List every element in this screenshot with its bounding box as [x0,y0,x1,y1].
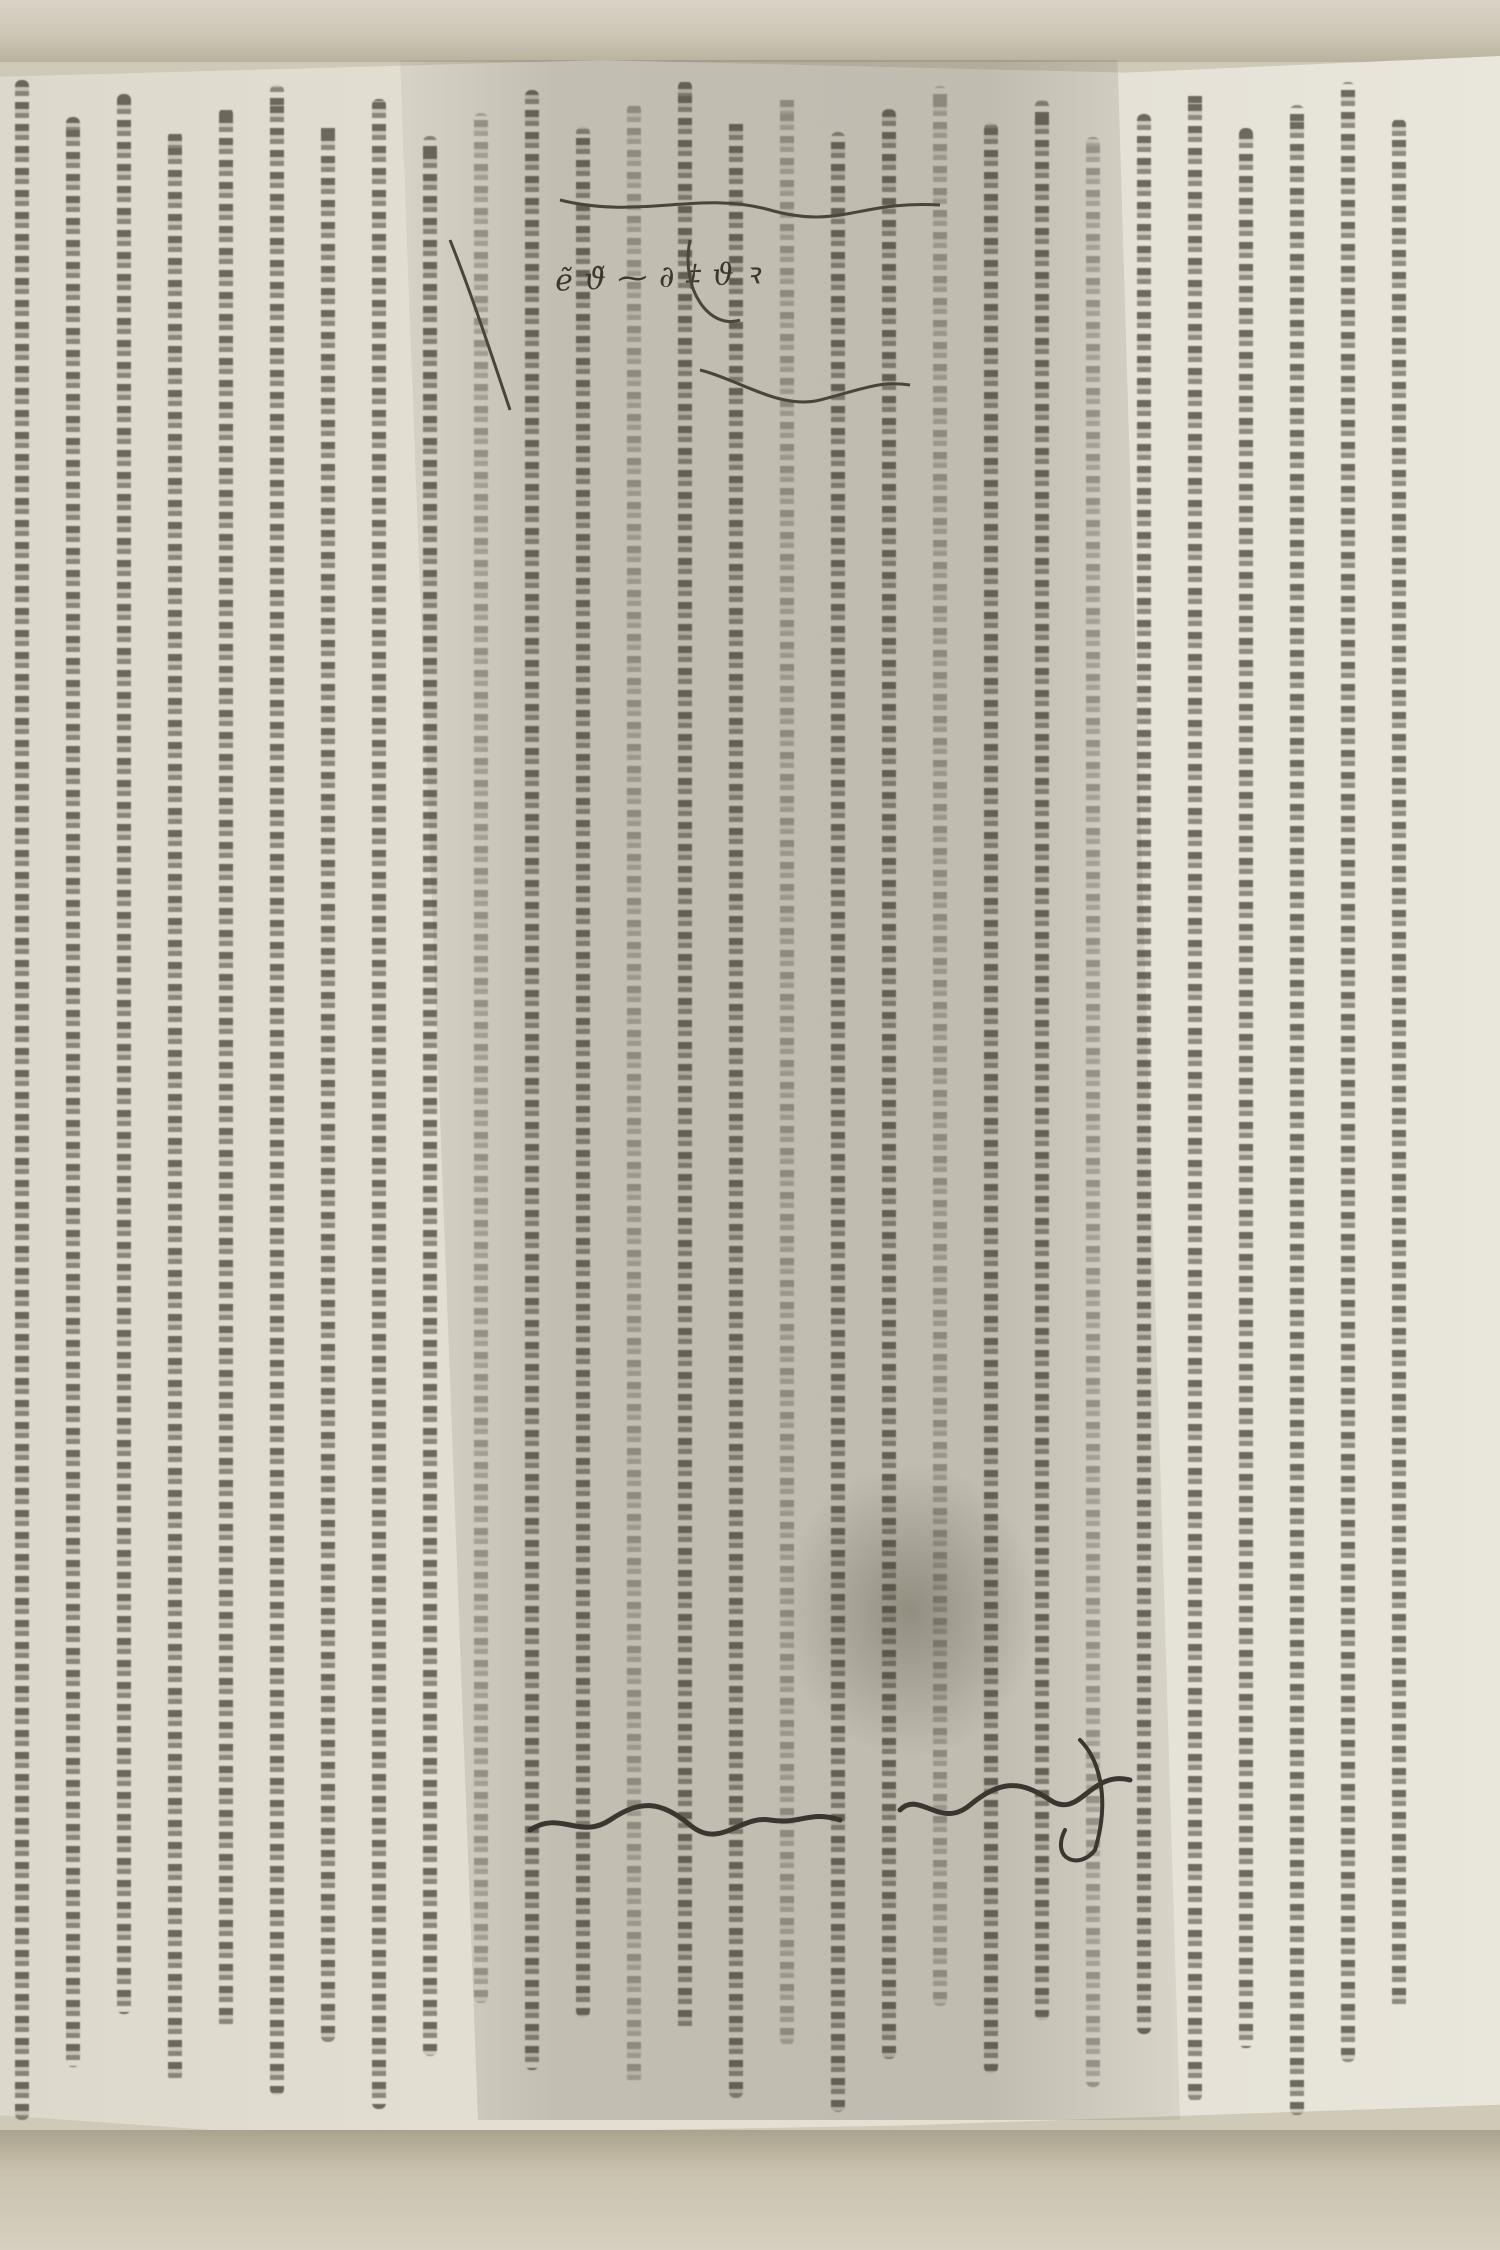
script-column [15,80,29,2120]
ink-stain [780,1460,1040,1760]
script-column [1188,91,1202,2101]
script-column [1239,128,1253,2048]
script-column [66,117,80,2067]
script-column [423,136,437,2056]
top-fold-shadow [0,0,1500,62]
signature [520,1720,1160,1880]
script-column [168,131,182,2081]
bottom-fold-shadow [0,2130,1500,2250]
script-column [321,122,335,2042]
script-column [117,94,131,2014]
header-flourish [440,180,1000,440]
script-column [219,108,233,2028]
script-column [270,85,284,2095]
script-column [1392,119,1406,2009]
script-column [1341,82,1355,2062]
script-column [372,99,386,2109]
script-column [1290,105,1304,2115]
